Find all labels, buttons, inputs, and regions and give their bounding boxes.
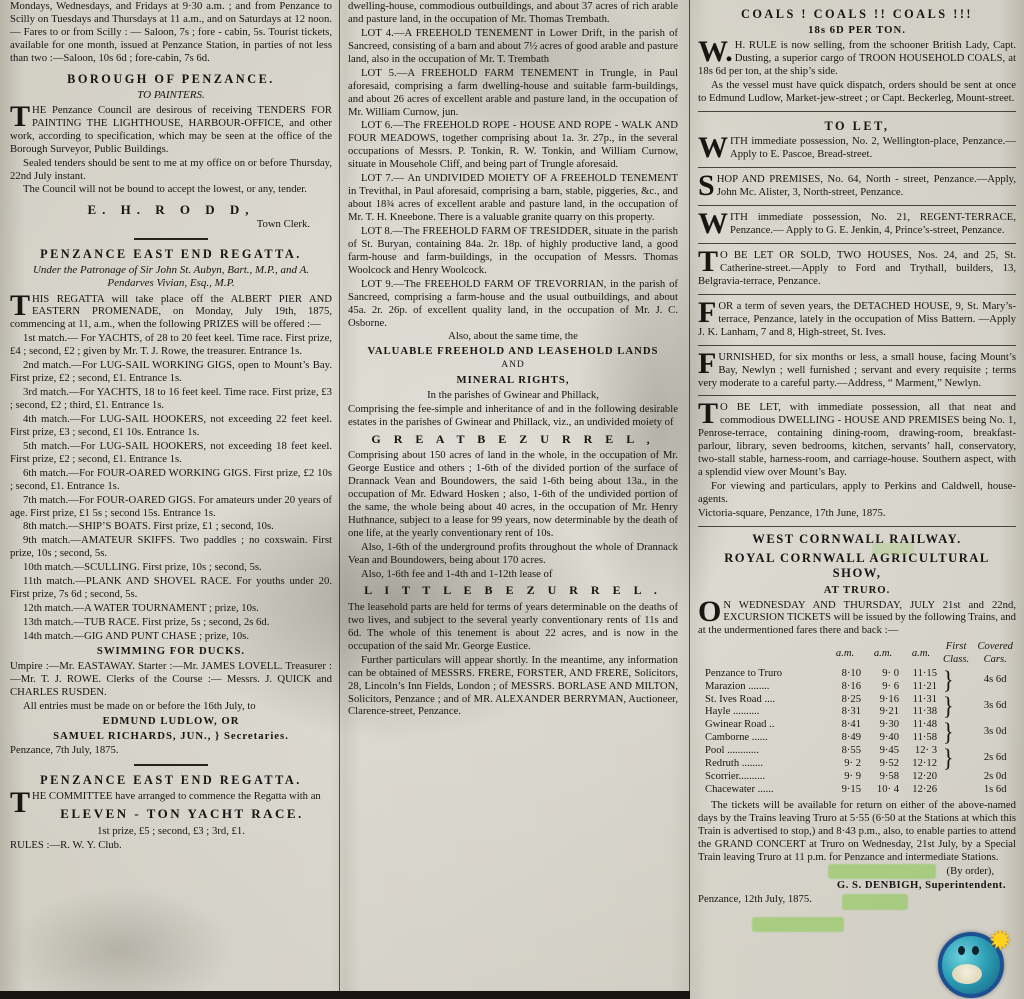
- time-cell: 9· 6: [864, 680, 902, 693]
- paragraph: 2nd match.—For LUG-SAIL WORKING GIGS, op…: [10, 359, 332, 385]
- paragraph: TO BE LET OR SOLD, TWO HOUSES, Nos. 24, …: [698, 249, 1016, 288]
- column-left: Mondays, Wednesdays, and Fridays at 9·30…: [10, 0, 332, 992]
- subheading: Under the Patronage of Sir John St. Auby…: [10, 264, 332, 291]
- fare-cell: 1s 6d: [972, 784, 1016, 797]
- station-cell: Hayle ..........: [702, 706, 826, 719]
- column-middle: dwelling-house, commodious outbuildings,…: [348, 0, 678, 992]
- station-cell: Chacewater ......: [702, 784, 826, 797]
- divider-rule: [698, 345, 1016, 346]
- time-cell: 11·48: [902, 719, 940, 732]
- section-heading: TO LET,: [698, 119, 1016, 134]
- column-rule-2: [689, 0, 690, 992]
- centered-line: SAMUEL RICHARDS, JUN., } Secretaries.: [10, 730, 332, 743]
- divider-rule: [698, 243, 1016, 244]
- fare-brace: }: [940, 743, 972, 773]
- centered-line: 18s 6D PER TON.: [698, 24, 1016, 37]
- highlight-mark: [752, 917, 844, 932]
- centered-line: 1st prize, £5 ; second, £3 ; 3rd, £1.: [10, 825, 332, 838]
- badge-eye: [972, 946, 979, 955]
- time-cell: 8·25: [826, 693, 864, 706]
- paragraph: TO BE LET, with immediate possession, al…: [698, 401, 1016, 479]
- paragraph: LOT 4.—A FREEHOLD TENEMENT in Lower Drif…: [348, 27, 678, 66]
- column-rule-1: [339, 0, 340, 992]
- timetable-row: Scorrier..........9· 99·5812·202s 0d9d: [702, 771, 1016, 784]
- time-cell: 8·49: [826, 732, 864, 745]
- paragraph: SHOP AND PREMISES, No. 64, North - stree…: [698, 173, 1016, 199]
- time-cell: 12· 3: [902, 745, 940, 758]
- centered-line: MINERAL RIGHTS,: [348, 374, 678, 387]
- time-cell: 9·45: [864, 745, 902, 758]
- paragraph: LOT 8.—The FREEHOLD FARM OF TRESIDDER, s…: [348, 225, 678, 277]
- timetable-row: St. Ives Road ....8·259·1611·31}3s 6d1s …: [702, 693, 1016, 706]
- time-cell: 9·58: [864, 771, 902, 784]
- section-heading: BOROUGH OF PENZANCE.: [10, 72, 332, 87]
- station-cell: Redruth ........: [702, 758, 826, 771]
- section-heading: WEST CORNWALL RAILWAY.: [698, 532, 1016, 547]
- paragraph: 11th match.—PLANK AND SHOVEL RACE. For y…: [10, 575, 332, 601]
- centered-line: Also, about the same time, the: [348, 330, 678, 343]
- time-cell: 11·21: [902, 680, 940, 693]
- timetable-header: a.m.: [902, 641, 940, 667]
- page-edge-bar: [0, 991, 690, 999]
- timetable-row: Penzance to Truro8·109· 011·15}4s 6d2s 3…: [702, 667, 1016, 680]
- estate-title: L I T T L E B E Z U R R E L .: [348, 583, 678, 598]
- fare-cell: 4s 6d: [972, 667, 1016, 693]
- spacer-cell: [940, 771, 972, 784]
- time-cell: 9· 2: [826, 758, 864, 771]
- signature-line: G. S. DENBIGH, Superintendent.: [698, 879, 1016, 892]
- divider-rule: [134, 764, 208, 766]
- paragraph: THE Penzance Council are desirous of rec…: [10, 104, 332, 156]
- divider-rule: [698, 294, 1016, 295]
- time-cell: 11·38: [902, 706, 940, 719]
- paragraph: dwelling-house, commodious outbuildings,…: [348, 0, 678, 26]
- paragraph: Comprising the fee-simple and inheritanc…: [348, 403, 678, 429]
- paragraph: The Council will not be bound to accept …: [10, 183, 332, 196]
- paragraph: 1st match.— For YACHTS, of 28 to 20 feet…: [10, 332, 332, 358]
- divider-rule: [134, 238, 208, 240]
- paragraph: Further particulars will appear shortly.…: [348, 654, 678, 719]
- sparkle-icon: ✹: [989, 924, 1012, 958]
- train-timetable: a.m.a.m.a.m.First Class.Covered Cars.Pen…: [702, 641, 1016, 796]
- station-cell: Camborne ......: [702, 732, 826, 745]
- watermark-badge: ✹: [938, 928, 1010, 994]
- paragraph: Comprising about 150 acres of land in th…: [348, 449, 678, 540]
- subheading: TO PAINTERS.: [10, 89, 332, 102]
- time-cell: 11·58: [902, 732, 940, 745]
- highlight-mark: [872, 543, 914, 555]
- paragraph: Victoria-square, Penzance, 17th June, 18…: [698, 507, 1016, 520]
- time-cell: 12·12: [902, 758, 940, 771]
- centered-line: AT TRURO.: [698, 584, 1016, 597]
- paragraph: 7th match.—For FOUR-OARED GIGS. For amat…: [10, 494, 332, 520]
- signature-line: Town Clerk.: [10, 218, 332, 231]
- paragraph: The tickets will be available for return…: [698, 799, 1016, 864]
- time-cell: 9·21: [864, 706, 902, 719]
- paragraph: 12th match.—A WATER TOURNAMENT ; prize, …: [10, 602, 332, 615]
- time-cell: 9·15: [826, 784, 864, 797]
- time-cell: 12·26: [902, 784, 940, 797]
- paragraph: Penzance, 7th July, 1875.: [10, 744, 332, 757]
- paragraph: 8th match.—SHIP’S BOATS. First prize, £1…: [10, 520, 332, 533]
- paragraph: The leasehold parts are held for terms o…: [348, 601, 678, 653]
- paragraph: LOT 9.—The FREEHOLD FARM OF TREVOR­RIAN,…: [348, 278, 678, 330]
- paragraph: Also, 1-6th of the underground profits t…: [348, 541, 678, 567]
- paragraph: 6th match.—For FOUR-OARED WORKING GIGS. …: [10, 467, 332, 493]
- paragraph: 14th match.—GIG AND PUNT CHASE ; prize, …: [10, 630, 332, 643]
- paragraph: Mondays, Wednesdays, and Fridays at 9·30…: [10, 0, 332, 65]
- highlight-mark: [842, 894, 908, 910]
- paragraph: 10th match.—SCULLING. First prize, 10s ;…: [10, 561, 332, 574]
- fare-cell: 3s 0d: [972, 719, 1016, 745]
- paragraph: 9th match.—AMATEUR SKIFFS. Two paddles ;…: [10, 534, 332, 560]
- centered-line: VALUABLE FREEHOLD AND LEASEHOLD LANDS: [348, 345, 678, 358]
- paragraph: As the vessel must have quick dispatch, …: [698, 79, 1016, 105]
- timetable-header: a.m.: [864, 641, 902, 667]
- column-right: COALS ! COALS !! COALS !!!18s 6D PER TON…: [698, 0, 1016, 992]
- paragraph: WITH immediate possession, No. 2, Wellin…: [698, 135, 1016, 161]
- paragraph: 5th match.—For LUG-SAIL HOOKERS, not exc…: [10, 440, 332, 466]
- station-cell: Scorrier..........: [702, 771, 826, 784]
- timetable-header: a.m.: [826, 641, 864, 667]
- timetable-row: Pool ............8·559·4512· 3}2s 6d1s 0…: [702, 745, 1016, 758]
- paragraph: W. H. RULE is now selling, from the scho…: [698, 39, 1016, 78]
- paragraph: FOR a term of seven years, the DETACHED …: [698, 300, 1016, 339]
- fare-cell: 2s 6d: [972, 745, 1016, 771]
- time-cell: 8·10: [826, 667, 864, 680]
- fare-cell: 2s 0d: [972, 771, 1016, 784]
- section-heading: ROYAL CORNWALL AGRICULTURAL SHOW,: [698, 551, 1016, 581]
- timetable-row: Gwinear Road ..8·419·3011·48}3s 0d1s 4d: [702, 719, 1016, 732]
- paragraph: THIS REGATTA will take place off the ALB…: [10, 293, 332, 332]
- paragraph: Sealed tenders should be sent to me at m…: [10, 157, 332, 183]
- divider-rule: [698, 111, 1016, 112]
- time-cell: 8·55: [826, 745, 864, 758]
- fare-cell: 3s 6d: [972, 693, 1016, 719]
- time-cell: 9·16: [864, 693, 902, 706]
- estate-title: G R E A T B E Z U R R E L ,: [348, 432, 678, 447]
- time-cell: 9· 9: [826, 771, 864, 784]
- time-cell: 9· 0: [864, 667, 902, 680]
- spacer-cell: [940, 784, 972, 797]
- station-cell: Gwinear Road ..: [702, 719, 826, 732]
- timetable-header: Covered Cars.: [972, 641, 1016, 667]
- time-cell: 11·15: [902, 667, 940, 680]
- paragraph: Umpire :—Mr. EASTAWAY. Starter :—Mr. JAM…: [10, 660, 332, 699]
- time-cell: 9·30: [864, 719, 902, 732]
- paragraph: Also, 1-6th fee and 1-4th and 1-12th lea…: [348, 568, 678, 581]
- centered-line: AND: [348, 360, 678, 371]
- paragraph: LOT 6.—The FREEHOLD ROPE - HOUSE AND ROP…: [348, 119, 678, 171]
- section-heading: PENZANCE EAST END REGATTA.: [10, 247, 332, 262]
- paragraph: All entries must be made on or before th…: [10, 700, 332, 713]
- timetable-header: First Class.: [940, 641, 972, 667]
- time-cell: 8·16: [826, 680, 864, 693]
- badge-belly: [952, 964, 982, 984]
- section-heading: PENZANCE EAST END REGATTA.: [10, 773, 332, 788]
- centered-line: EDMUND LUDLOW, OR: [10, 715, 332, 728]
- paragraph: FURNISHED, for six months or less, a sma…: [698, 351, 1016, 390]
- paragraph: THE COMMITTEE have arranged to commence …: [10, 790, 332, 803]
- paragraph: LOT 7.— An UNDIVIDED MOIETY OF A FREE­HO…: [348, 172, 678, 224]
- divider-rule: [698, 167, 1016, 168]
- paragraph: 3rd match.—For YACHTS, 18 to 16 feet kee…: [10, 386, 332, 412]
- signature-name: E. H. R O D D,: [10, 202, 332, 218]
- station-cell: Marazion ........: [702, 680, 826, 693]
- timetable-header: [702, 641, 826, 667]
- section-heading: COALS ! COALS !! COALS !!!: [698, 7, 1016, 22]
- centered-line: In the parishes of Gwinear and Phillack,: [348, 389, 678, 402]
- paragraph: 4th match.—For LUG-SAIL HOOKERS, not exc…: [10, 413, 332, 439]
- time-cell: 11·31: [902, 693, 940, 706]
- time-cell: 8·41: [826, 719, 864, 732]
- badge-eye: [958, 946, 965, 955]
- divider-rule: [698, 526, 1016, 527]
- race-title: ELEVEN - TON YACHT RACE.: [10, 806, 332, 822]
- paragraph: ON WEDNESDAY AND THURSDAY, JULY 21st and…: [698, 599, 1016, 638]
- divider-rule: [698, 395, 1016, 396]
- timetable-row: Chacewater ......9·1510· 412·261s 6d8d: [702, 784, 1016, 797]
- centered-line: SWIMMING FOR DUCKS.: [10, 645, 332, 658]
- newspaper-page: Mondays, Wednesdays, and Fridays at 9·30…: [0, 0, 1024, 999]
- time-cell: 9·40: [864, 732, 902, 745]
- time-cell: 12·20: [902, 771, 940, 784]
- paragraph: LOT 5.—A FREEHOLD FARM TENEMENT in Trung…: [348, 67, 678, 119]
- station-cell: Pool ............: [702, 745, 826, 758]
- paragraph: RULES :—R. W. Y. Club.: [10, 839, 332, 852]
- time-cell: 10· 4: [864, 784, 902, 797]
- paragraph: 13th match.—TUB RACE. First prize, 5s ; …: [10, 616, 332, 629]
- divider-rule: [698, 205, 1016, 206]
- station-cell: St. Ives Road ....: [702, 693, 826, 706]
- paragraph: For viewing and particulars, apply to Pe…: [698, 480, 1016, 506]
- time-cell: 9·52: [864, 758, 902, 771]
- time-cell: 8·31: [826, 706, 864, 719]
- highlight-mark: [828, 864, 936, 879]
- station-cell: Penzance to Truro: [702, 667, 826, 680]
- paragraph: WITH immediate possession, No. 21, REGEN…: [698, 211, 1016, 237]
